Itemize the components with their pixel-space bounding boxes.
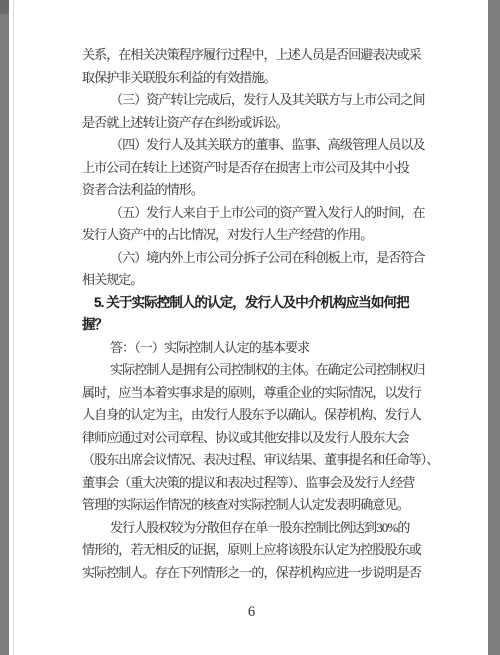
text-line: 情形的，若无相反的证据，原则上应将该股东认定为控股股东或 xyxy=(82,539,434,562)
text-line: 是否就上述转让资产存在纠纷或诉讼。 xyxy=(82,112,434,135)
text-line: 律师应通过对公司章程、协议或其他安排以及发行人股东大会 xyxy=(82,427,434,450)
viewer-left-gutter xyxy=(0,0,9,655)
text-line: 发行人资产中的占比情况，对发行人生产经营的作用。 xyxy=(82,224,434,247)
pdf-viewer: 关系，在相关决策程序履行过程中，上述人员是否回避表决或采取保护非关联股东利益的有… xyxy=(0,0,500,655)
text-line: （三）资产转让完成后，发行人及其关联方与上市公司之间 xyxy=(82,89,434,112)
gutter-top-shade xyxy=(0,0,9,14)
text-line: 发行人股权较为分散但存在单一股东控制比例达到30%的 xyxy=(82,517,434,540)
text-line: 人自身的认定为主，由发行人股东予以确认。保荐机构、发行人 xyxy=(82,404,434,427)
text-line: （六）境内外上市公司分拆子公司在科创板上市，是否符合 xyxy=(82,247,434,270)
text-line: （四）发行人及其关联方的董事、监事、高级管理人员以及 xyxy=(82,134,434,157)
text-line: 上市公司在转让上述资产时是否存在损害上市公司及其中小投 xyxy=(82,157,434,180)
heading-line: 5. 关于实际控制人的认定，发行人及中介机构应当如何把 xyxy=(82,292,434,315)
text-line: 取保护非关联股东利益的有效措施。 xyxy=(82,67,434,90)
text-line: 实际控制人。存在下列情形之一的，保荐机构应进一步说明是否 xyxy=(82,562,434,585)
text-line: 资者合法利益的情形。 xyxy=(82,179,434,202)
text-line: （股东出席会议情况、表决过程、审议结果、董事提名和任命等）、 xyxy=(82,449,434,472)
text-line: 答：（一）实际控制人认定的基本要求 xyxy=(82,337,434,360)
text-line: 相关规定。 xyxy=(82,269,434,292)
text-line: 属时，应当本着实事求是的原则，尊重企业的实际情况，以发行 xyxy=(82,382,434,405)
text-line: 关系，在相关决策程序履行过程中，上述人员是否回避表决或采 xyxy=(82,44,434,67)
document-page: 关系，在相关决策程序履行过程中，上述人员是否回避表决或采取保护非关联股东利益的有… xyxy=(13,0,489,655)
text-line: 实际控制人是拥有公司控制权的主体。在确定公司控制权归 xyxy=(82,359,434,382)
viewer-right-gutter xyxy=(488,0,500,655)
heading-line: 握？ xyxy=(82,314,434,337)
document-text: 关系，在相关决策程序履行过程中，上述人员是否回避表决或采取保护非关联股东利益的有… xyxy=(82,44,434,584)
text-line: 董事会（重大决策的提议和表决过程等）、监事会及发行人经营 xyxy=(82,472,434,495)
text-line: 管理的实际运作情况的核查对实际控制人认定发表明确意见。 xyxy=(82,494,434,517)
page-number: 6 xyxy=(14,604,489,621)
text-line: （五）发行人来自于上市公司的资产置入发行人的时间，在 xyxy=(82,202,434,225)
